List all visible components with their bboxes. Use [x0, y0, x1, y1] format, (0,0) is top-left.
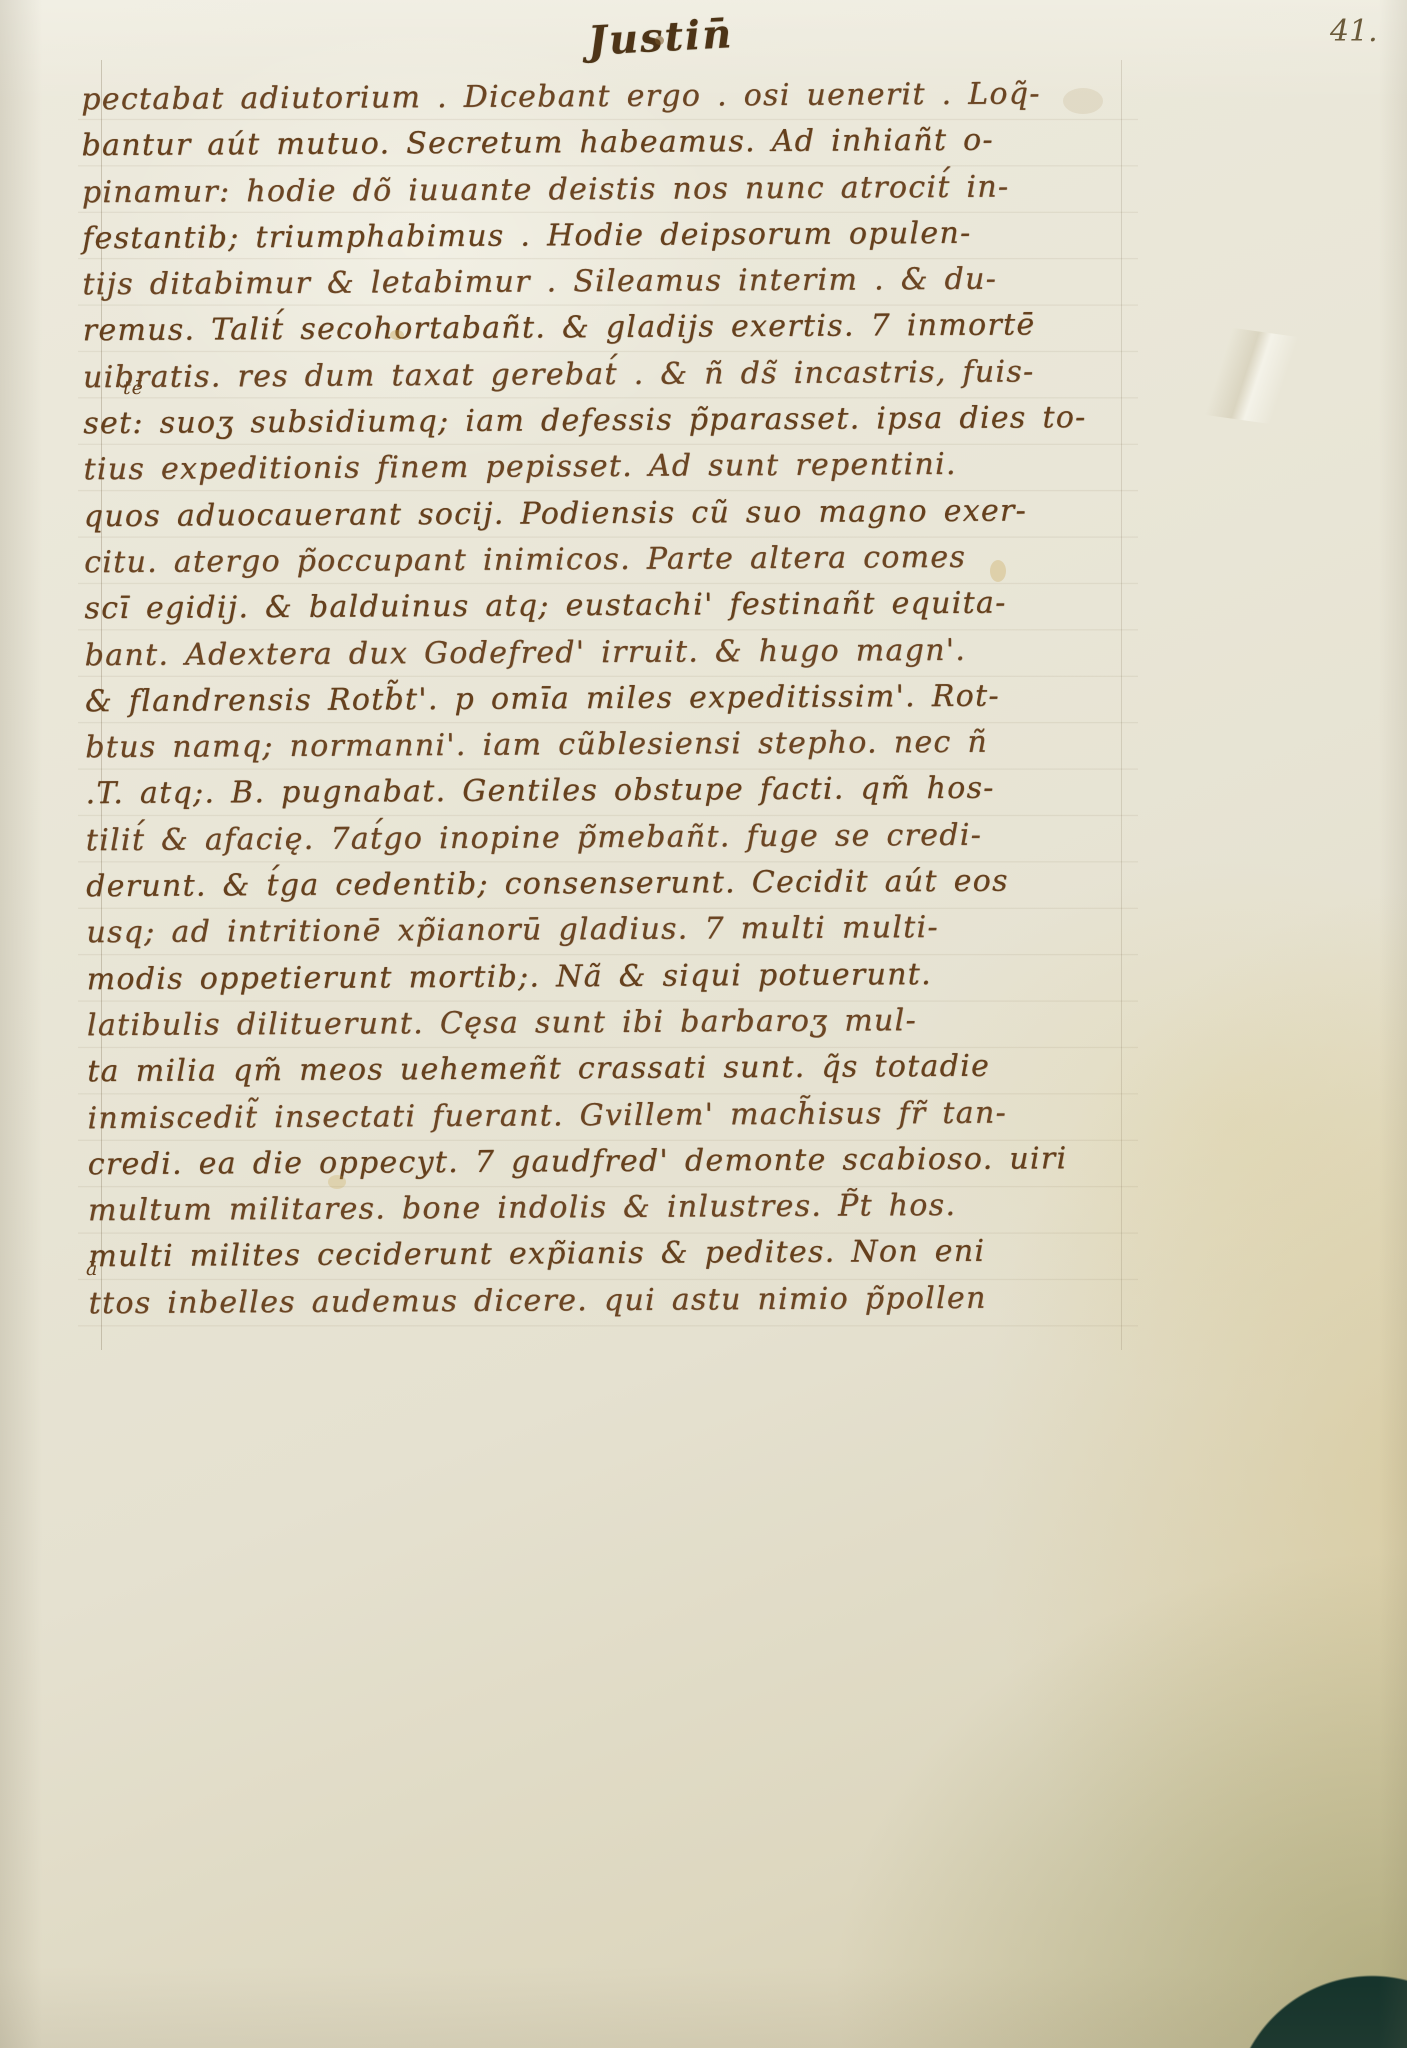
manuscript-line: derunt. & t́ga cedentib; consenserunt. C… — [86, 858, 1146, 911]
manuscript-line: tijs ditabimur & letabimur . Sileamus in… — [82, 256, 1142, 309]
manuscript-line: bantur aút mutuo. Secretum habeamus. Ad … — [81, 117, 1141, 170]
manuscript-line: remus. Talit́ secohortabañt. & gladijs e… — [83, 302, 1143, 355]
manuscript-line: multi milites ceciderunt exp̃ianis & ped… — [88, 1228, 1148, 1281]
manuscript-line: modis oppetierunt mortib;. Nã & siqui po… — [87, 950, 1147, 1003]
manuscript-page: Justin̄ 41. pectabat adiutorium . Diceba… — [0, 0, 1407, 2048]
text-block: pectabat adiutorium . Dicebant ergo . os… — [81, 71, 1149, 1327]
manuscript-line: credi. ea die oppecyt. 7 gaudfred' demon… — [88, 1136, 1148, 1189]
manuscript-line: tilit́ & afacię. 7at́go inopine p̃mebañt… — [86, 812, 1146, 865]
manuscript-line: bant. Adextera dux Godefred' irruit. & h… — [85, 626, 1145, 679]
folio-number: 41. — [1330, 14, 1378, 49]
manuscript-line: & flandrensis Rotb̃t'. p omīa miles expe… — [85, 673, 1145, 726]
manuscript-line: inmiscedit̃ insectati fuerant. Gvillem' … — [87, 1089, 1147, 1142]
interlinear-note: ā — [86, 1258, 98, 1280]
manuscript-line: multum militares. bone indolis & inlustr… — [88, 1182, 1148, 1235]
manuscript-line: .T. atq;. B. pugnabat. Gentiles obstupe … — [85, 765, 1145, 818]
manuscript-line: pinamur: hodie dõ iuuante deistis nos nu… — [82, 163, 1142, 216]
parchment-crease — [1115, 313, 1375, 437]
manuscript-line: ta milia qm̃ meos uehemeñt crassati sunt… — [87, 1043, 1147, 1096]
header-annotation: Justin̄ — [587, 10, 735, 65]
manuscript-line: ttos inbelles audemus dicere. qui astu n… — [89, 1274, 1149, 1327]
manuscript-line: set: suoʒ subsidiumq; iam defessis p̃par… — [83, 395, 1143, 448]
manuscript-line: festantib; triumphabimus . Hodie deipsor… — [82, 210, 1142, 263]
manuscript-line: pectabat adiutorium . Dicebant ergo . os… — [81, 71, 1141, 124]
manuscript-line: scī egidij. & balduinus atq; eustachi' f… — [84, 580, 1144, 633]
manuscript-line: citu. atergo p̃occupant inimicos. Parte … — [84, 534, 1144, 587]
interlinear-note: tē — [123, 377, 144, 399]
manuscript-line: tius expeditionis finem pepisset. Ad sun… — [83, 441, 1143, 494]
manuscript-line: uibratis. res dum taxat gerebat́ . & ñ d… — [83, 349, 1143, 402]
manuscript-line: latibulis dilituerunt. Cęsa sunt ibi bar… — [87, 997, 1147, 1050]
manuscript-line: btus namq; normanni'. iam cũblesiensi st… — [85, 719, 1145, 772]
manuscript-line: quos aduocauerant socij. Podiensis cũ su… — [84, 487, 1144, 540]
manuscript-line: usq; ad intritionē xp̃ianorū gladius. 7 … — [86, 904, 1146, 957]
